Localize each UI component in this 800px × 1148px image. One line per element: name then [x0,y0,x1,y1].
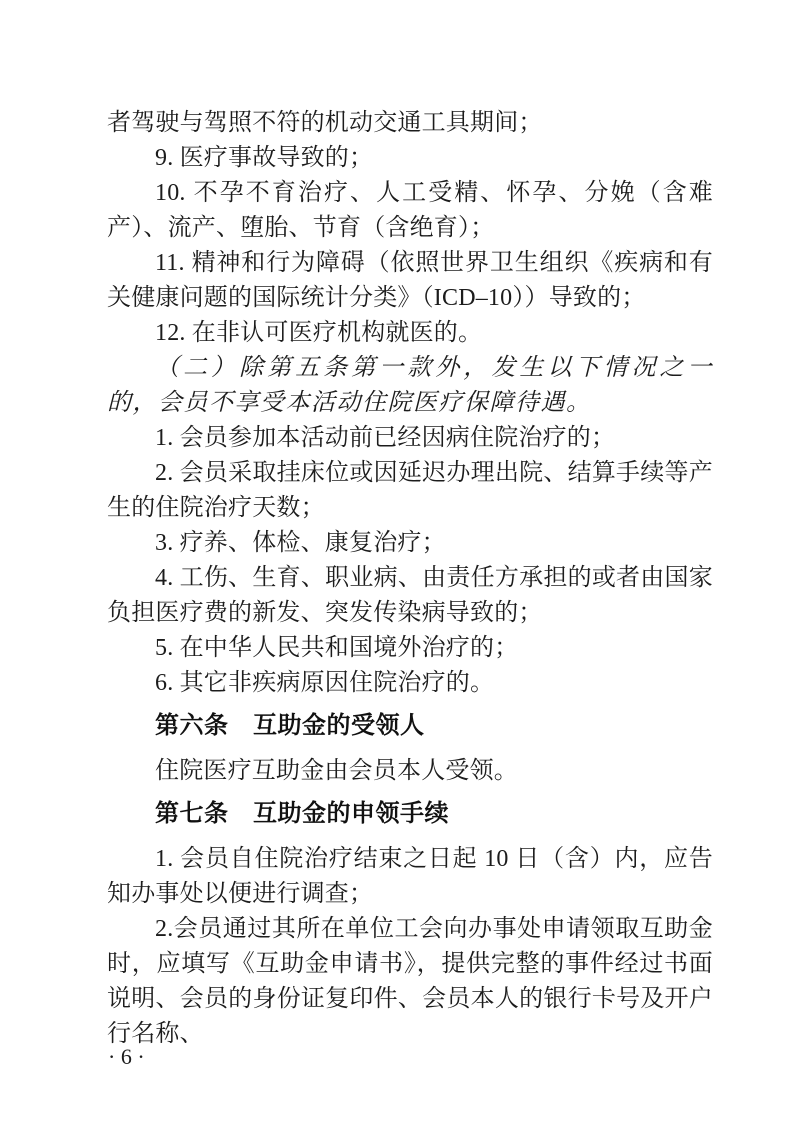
section-heading-article-7: 第七条 互助金的申领手续 [107,796,713,832]
article-7-item-1: 1. 会员自住院治疗结束之日起 10 日（含）内，应告知办事处以便进行调查； [107,842,713,912]
list-item-2: 2. 会员采取挂床位或因延迟办理出院、结算手续等产生的住院治疗天数； [107,456,713,526]
list-item-12: 12. 在非认可医疗机构就医的。 [107,316,713,351]
document-page: 者驾驶与驾照不符的机动交通工具期间； 9. 医疗事故导致的； 10. 不孕不育治… [0,0,800,1148]
page-number: · 6 · [108,1042,145,1072]
paragraph-continued: 者驾驶与驾照不符的机动交通工具期间； [107,106,713,141]
list-item-11: 11. 精神和行为障碍（依照世界卫生组织《疾病和有关健康问题的国际统计分类》（I… [107,246,713,316]
article-6-body: 住院医疗互助金由会员本人受领。 [107,754,713,789]
list-item-6: 6. 其它非疾病原因住院治疗的。 [107,666,713,701]
list-item-3: 3. 疗养、体检、康复治疗； [107,526,713,561]
article-7-item-2: 2.会员通过其所在单位工会向办事处申请领取互助金时，应填写《互助金申请书》，提供… [107,912,713,1052]
list-item-4: 4. 工伤、生育、职业病、由责任方承担的或者由国家负担医疗费的新发、突发传染病导… [107,561,713,631]
list-item-9: 9. 医疗事故导致的； [107,141,713,176]
list-item-10: 10. 不孕不育治疗、人工受精、怀孕、分娩（含难产）、流产、堕胎、节育（含绝育）… [107,176,713,246]
list-item-5: 5. 在中华人民共和国境外治疗的； [107,631,713,666]
section-heading-article-6: 第六条 互助金的受领人 [107,708,713,744]
list-item-1: 1. 会员参加本活动前已经因病住院治疗的； [107,421,713,456]
clause-paragraph: （二）除第五条第一款外，发生以下情况之一的，会员不享受本活动住院医疗保障待遇。 [107,351,713,421]
page-body: 者驾驶与驾照不符的机动交通工具期间； 9. 医疗事故导致的； 10. 不孕不育治… [107,106,713,1052]
